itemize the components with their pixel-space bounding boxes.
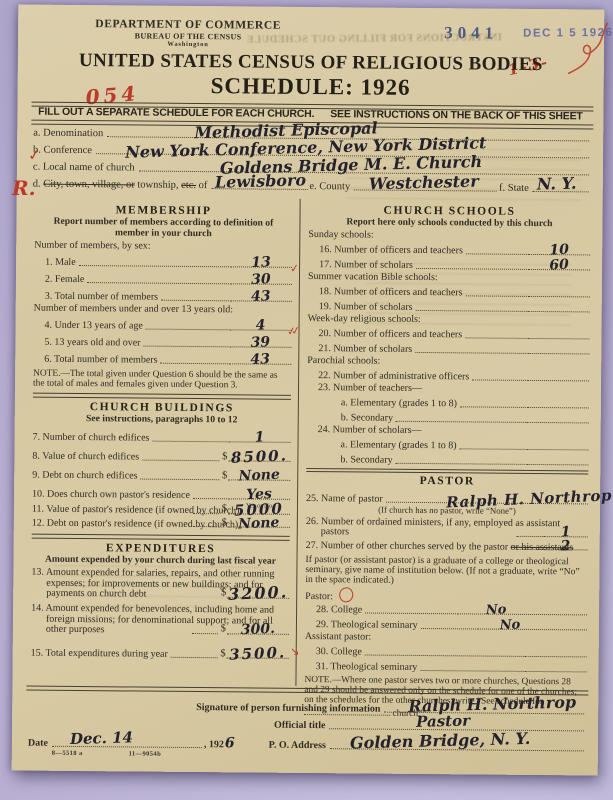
question-label: 2. Female — [45, 274, 85, 285]
answer-line: None — [228, 479, 290, 481]
answer-value: No — [486, 604, 507, 616]
answer-line — [525, 671, 587, 673]
dotted-leader — [87, 282, 229, 284]
official-title-value: Pastor — [416, 711, 470, 730]
dotted-leader — [193, 513, 219, 514]
answer-value: 4 — [255, 320, 265, 331]
question-17: 17. Number of scholars 60 — [308, 254, 590, 271]
graduate-instruction-paragraph: If pastor (or assistant pastor) is a gra… — [305, 555, 587, 587]
question-label: 28. College — [316, 604, 362, 615]
question-12-residence-debt: 12. Debt on pastor's residence (if owned… — [32, 518, 290, 531]
answer-value: 3500. — [229, 647, 286, 660]
location-line: d. City, town, village, or township, etc… — [33, 173, 591, 195]
question-19: 19. Number of scholars — [308, 296, 590, 313]
dotted-leader: N. Y. — [533, 191, 589, 192]
question-25-pastor-name: 25. Name of pastor Ralph H. Northrop — [306, 487, 588, 506]
question-label: a. Elementary (grades 1 to 8) — [341, 397, 457, 409]
year-digit-value: 6 — [225, 735, 235, 751]
agency-city: Washington — [78, 40, 298, 49]
date-label: Date — [28, 738, 48, 749]
answer-line: 3200. — [227, 597, 289, 599]
answer-value: 1 — [561, 527, 571, 538]
question-label: 26. Number of ordained ministers, if any… — [306, 515, 560, 537]
dotted-leader — [465, 337, 526, 339]
answer-line — [527, 352, 589, 354]
answer-line — [527, 337, 589, 339]
answer-line: 4 — [230, 329, 292, 331]
answer-line — [526, 463, 588, 465]
question-label: 27. Number of other churches served by t… — [306, 540, 511, 553]
question-26-assistant-ministers: 26. Number of ordained ministers, if any… — [306, 516, 588, 540]
question-label: 9. Debt on church edifices — [32, 470, 137, 482]
answer-value: 1 — [254, 432, 264, 443]
answer-value: 300. — [241, 624, 276, 636]
answer-line: 60 — [528, 268, 590, 270]
question-29-seminary: 29. Theological seminary No — [305, 615, 587, 632]
printed-year-prefix: , 192 — [204, 739, 224, 750]
question-label: 15. Total expenditures during year — [31, 647, 168, 659]
dotted-leader — [415, 351, 526, 353]
answer-line: 5000 — [228, 513, 290, 515]
answer-value: 30 — [251, 274, 271, 286]
expenditures-subheading: Amount expended by your church during la… — [31, 554, 289, 567]
question-24b: b. Secondary — [306, 449, 588, 466]
struck-city-town-village: City, town, village, or — [43, 179, 135, 191]
dotted-leader — [160, 363, 228, 365]
form-content: INSTRUCTIONS FOR FILLING OUT SCHEDULE DE… — [12, 4, 605, 775]
dotted-leader — [142, 460, 219, 462]
answer-line: 43 — [229, 363, 291, 365]
question-21: 21. Number of scholars — [307, 338, 589, 355]
answer-value: 3200. — [228, 588, 289, 601]
pastor-label-line: Pastor: — [305, 587, 587, 602]
membership-note: NOTE.—The total given under Question 6 s… — [33, 369, 291, 391]
left-column: MEMBERSHIP Report number of members acco… — [28, 197, 300, 686]
state-value: N. Y. — [537, 174, 577, 194]
dotted-leader: Westchester — [354, 189, 497, 191]
answer-value: 2 — [561, 541, 571, 552]
question-label: 16. Number of officers and teachers — [319, 244, 463, 256]
dotted-leader — [365, 613, 456, 615]
question-label: 1. Male — [45, 257, 76, 268]
dotted-leader — [517, 549, 543, 550]
answer-line — [526, 448, 588, 450]
dotted-leader — [420, 670, 523, 672]
question-label: 19. Number of scholars — [319, 301, 413, 313]
section-divider — [32, 534, 290, 541]
county-label: e. County — [309, 181, 350, 192]
question-4-under-13: 4. Under 13 years of age 4 — [34, 314, 292, 333]
answer-line: 1 — [544, 536, 588, 537]
pastor-label: Pastor: — [305, 591, 333, 602]
dollar-sign: $ — [221, 624, 226, 635]
dotted-leader — [465, 295, 526, 297]
answer-tail: $None — [193, 518, 290, 530]
question-label: 22. Number of administrative officers — [318, 370, 469, 382]
question-31-seminary: 31. Theological seminary — [305, 657, 587, 674]
answer-tail: $300. — [192, 624, 289, 636]
dotted-leader — [161, 300, 229, 302]
answer-line: None — [228, 526, 290, 528]
dotted-leader — [517, 536, 543, 537]
answer-line — [525, 656, 587, 658]
answer-line — [527, 406, 589, 408]
question-28-college: 28. College No — [305, 600, 587, 617]
question-label: 29. Theological seminary — [316, 619, 418, 631]
po-address-label: P. O. Address — [269, 740, 326, 751]
answer-line — [527, 379, 589, 381]
answer-value: 13 — [251, 257, 271, 269]
question-20: 20. Number of officers and teachers — [307, 323, 589, 340]
answer-value: 39 — [250, 337, 270, 349]
question-label: b. Secondary — [341, 412, 393, 423]
dotted-leader — [396, 462, 526, 464]
dotted-leader — [460, 406, 526, 408]
date-value: Dec. 14 — [70, 728, 133, 748]
serial-number-stamp: 3041 — [444, 23, 498, 43]
answer-line: 13 — [230, 266, 292, 268]
dollar-sign: $ — [220, 648, 225, 659]
answer-value: No — [499, 620, 520, 632]
question-7-edifices: 7. Number of church edifices 1 — [33, 424, 291, 445]
banner-part-1: FILL OUT A SEPARATE SCHEDULE FOR EACH CH… — [38, 106, 314, 120]
of-label: of — [199, 180, 208, 191]
dotted-leader — [365, 655, 524, 657]
question-label: 21. Number of scholars — [318, 343, 412, 355]
red-arrow-note: ↘ — [290, 645, 299, 658]
question-label: 6. Total number of members — [44, 354, 157, 366]
dotted-leader — [192, 633, 218, 634]
conference-label: b. Conference — [33, 145, 92, 157]
red-checkmark-margin: ✓ — [27, 145, 42, 165]
answer-value: 43 — [251, 291, 271, 303]
answer-line: 3500. — [227, 657, 289, 659]
red-letter-r-annotation: R. — [12, 176, 36, 200]
dotted-leader — [152, 441, 227, 443]
answer-line — [527, 421, 589, 423]
agency-name: DEPARTMENT OF COMMERCE — [78, 18, 298, 33]
official-title-label: Official title — [274, 720, 325, 731]
dotted-leader — [193, 498, 227, 499]
struck-etc: etc. — [181, 180, 196, 191]
question-14-benevolences: 14. Amount expended for benevolences, in… — [31, 604, 289, 638]
dotted-leader — [466, 253, 527, 255]
question-5-over-13: 5. 13 years old and over 39 — [33, 331, 291, 350]
dotted-leader: Lewisboro — [211, 188, 307, 190]
question-8-value-edifices: 8. Value of church edifices $ 8500. — [32, 443, 290, 464]
dotted-leader — [171, 657, 218, 658]
dollar-sign: $ — [222, 470, 227, 481]
dotted-leader: Dec. 14 — [52, 746, 202, 748]
answer-value: 8500. — [231, 450, 288, 463]
dotted-leader — [416, 309, 527, 311]
answer-value: 43 — [250, 354, 270, 366]
dotted-leader — [146, 329, 229, 331]
township-value: Lewisboro — [215, 170, 307, 191]
question-label: 20. Number of officers and teachers — [318, 328, 462, 340]
dotted-leader — [421, 628, 476, 629]
question-label: a. Elementary (grades 1 to 8) — [340, 439, 456, 451]
scanned-census-form-page: { "page": { "agency1": "DEPARTMENT OF CO… — [0, 0, 613, 800]
answer-value: None — [238, 517, 280, 529]
dollar-sign: $ — [222, 518, 227, 529]
dotted-leader — [79, 265, 229, 267]
township-label: township, — [137, 180, 178, 191]
answer-line: 8500. — [228, 460, 290, 462]
question-22: 22. Number of administrative officers — [307, 365, 589, 382]
dotted-leader — [472, 379, 526, 380]
state-label: f. State — [499, 183, 529, 194]
answer-line: Ralph H. Northrop — [470, 502, 588, 504]
section-divider — [33, 393, 291, 400]
question-18: 18. Number of officers and teachers — [308, 281, 590, 298]
church-identity-block: a. Denomination Methodist Episcopal b. C… — [33, 122, 592, 195]
dotted-leader — [396, 420, 526, 422]
dotted-leader: Golden Bridge, N. Y. — [330, 748, 584, 751]
answer-line: No — [457, 614, 587, 616]
right-column: CHURCH SCHOOLS Report here only schools … — [296, 199, 590, 689]
dollar-sign: $ — [222, 451, 227, 462]
question-15-total-expenditures: 15. Total expenditures during year $ 350… — [31, 639, 289, 660]
answer-line: 2 — [544, 549, 588, 550]
answer-tail: 2 — [517, 549, 588, 553]
dotted-leader — [460, 448, 526, 450]
question-16: 16. Number of officers and teachers 10 — [308, 239, 590, 256]
dotted-leader — [143, 346, 228, 348]
local-church-name-label: c. Local name of church — [33, 162, 135, 174]
answer-line: 1 — [229, 441, 291, 443]
question-24a: a. Elementary (grades 1 to 8) — [306, 434, 588, 451]
question-1-male: 1. Male 13 — [34, 251, 292, 270]
county-value: Westchester — [368, 172, 478, 194]
question-13-running-expenses: 13. Amount expended for salaries, repair… — [31, 568, 289, 602]
membership-subheading: Report number of members according to de… — [44, 217, 282, 240]
answer-value: None — [238, 470, 280, 483]
dotted-leader — [193, 526, 219, 527]
dollar-sign: $ — [221, 589, 226, 600]
dollar-sign: $ — [222, 504, 227, 515]
red-checkmark-q18: ✓ — [289, 262, 300, 276]
question-30-college: 30. College — [305, 642, 587, 659]
question-label: 10. Does church own pastor's residence — [32, 489, 190, 501]
answer-line — [528, 295, 590, 297]
footer-block: Signature of person furnishing informati… — [28, 694, 587, 762]
dotted-leader — [416, 267, 527, 269]
answer-line: 39 — [229, 346, 291, 348]
answer-line: No — [477, 629, 587, 631]
census-form-paper: INSTRUCTIONS FOR FILLING OUT SCHEDULE DE… — [12, 4, 605, 775]
question-27-other-churches: 27. Number of other churches served by t… — [306, 541, 588, 554]
answer-value: 60 — [549, 259, 569, 271]
question-label: 18. Number of officers and teachers — [319, 286, 463, 298]
po-address-value: Golden Bridge, N. Y. — [350, 729, 531, 753]
answer-tail: 1 — [517, 536, 588, 540]
question-23b: b. Secondary — [307, 407, 589, 424]
agency-block: DEPARTMENT OF COMMERCE BUREAU OF THE CEN… — [78, 18, 298, 50]
question-label: 4. Under 13 years of age — [45, 320, 143, 332]
answer-tail: $3200. — [219, 589, 289, 601]
question-label: 17. Number of scholars — [319, 259, 413, 271]
question-label: 31. Theological seminary — [316, 661, 418, 673]
question-label: 3. Total number of members — [45, 291, 158, 303]
answer-line: 10 — [528, 253, 590, 255]
answer-line: 43 — [230, 300, 292, 302]
answer-value: 10 — [549, 244, 569, 256]
question-label: 25. Name of pastor — [306, 493, 383, 505]
form-number-1: 8—5518 a — [52, 750, 83, 757]
denomination-label: a. Denomination — [33, 128, 103, 140]
question-label: b. Secondary — [340, 454, 392, 465]
form-number-2: 11—9054b — [129, 750, 162, 757]
answer-line — [528, 310, 590, 312]
question-label: 5. 13 years old and over — [44, 337, 140, 349]
question-label: 8. Value of church edifices — [32, 451, 139, 463]
dotted-leader — [140, 479, 219, 481]
question-label: 30. College — [316, 646, 362, 657]
two-column-body: MEMBERSHIP Report number of members acco… — [28, 197, 590, 689]
answer-line: 300. — [227, 633, 289, 635]
question-23a: a. Elementary (grades 1 to 8) — [307, 392, 589, 409]
answer-line: 30 — [230, 283, 292, 285]
question-label: 7. Number of church edifices — [33, 432, 150, 444]
